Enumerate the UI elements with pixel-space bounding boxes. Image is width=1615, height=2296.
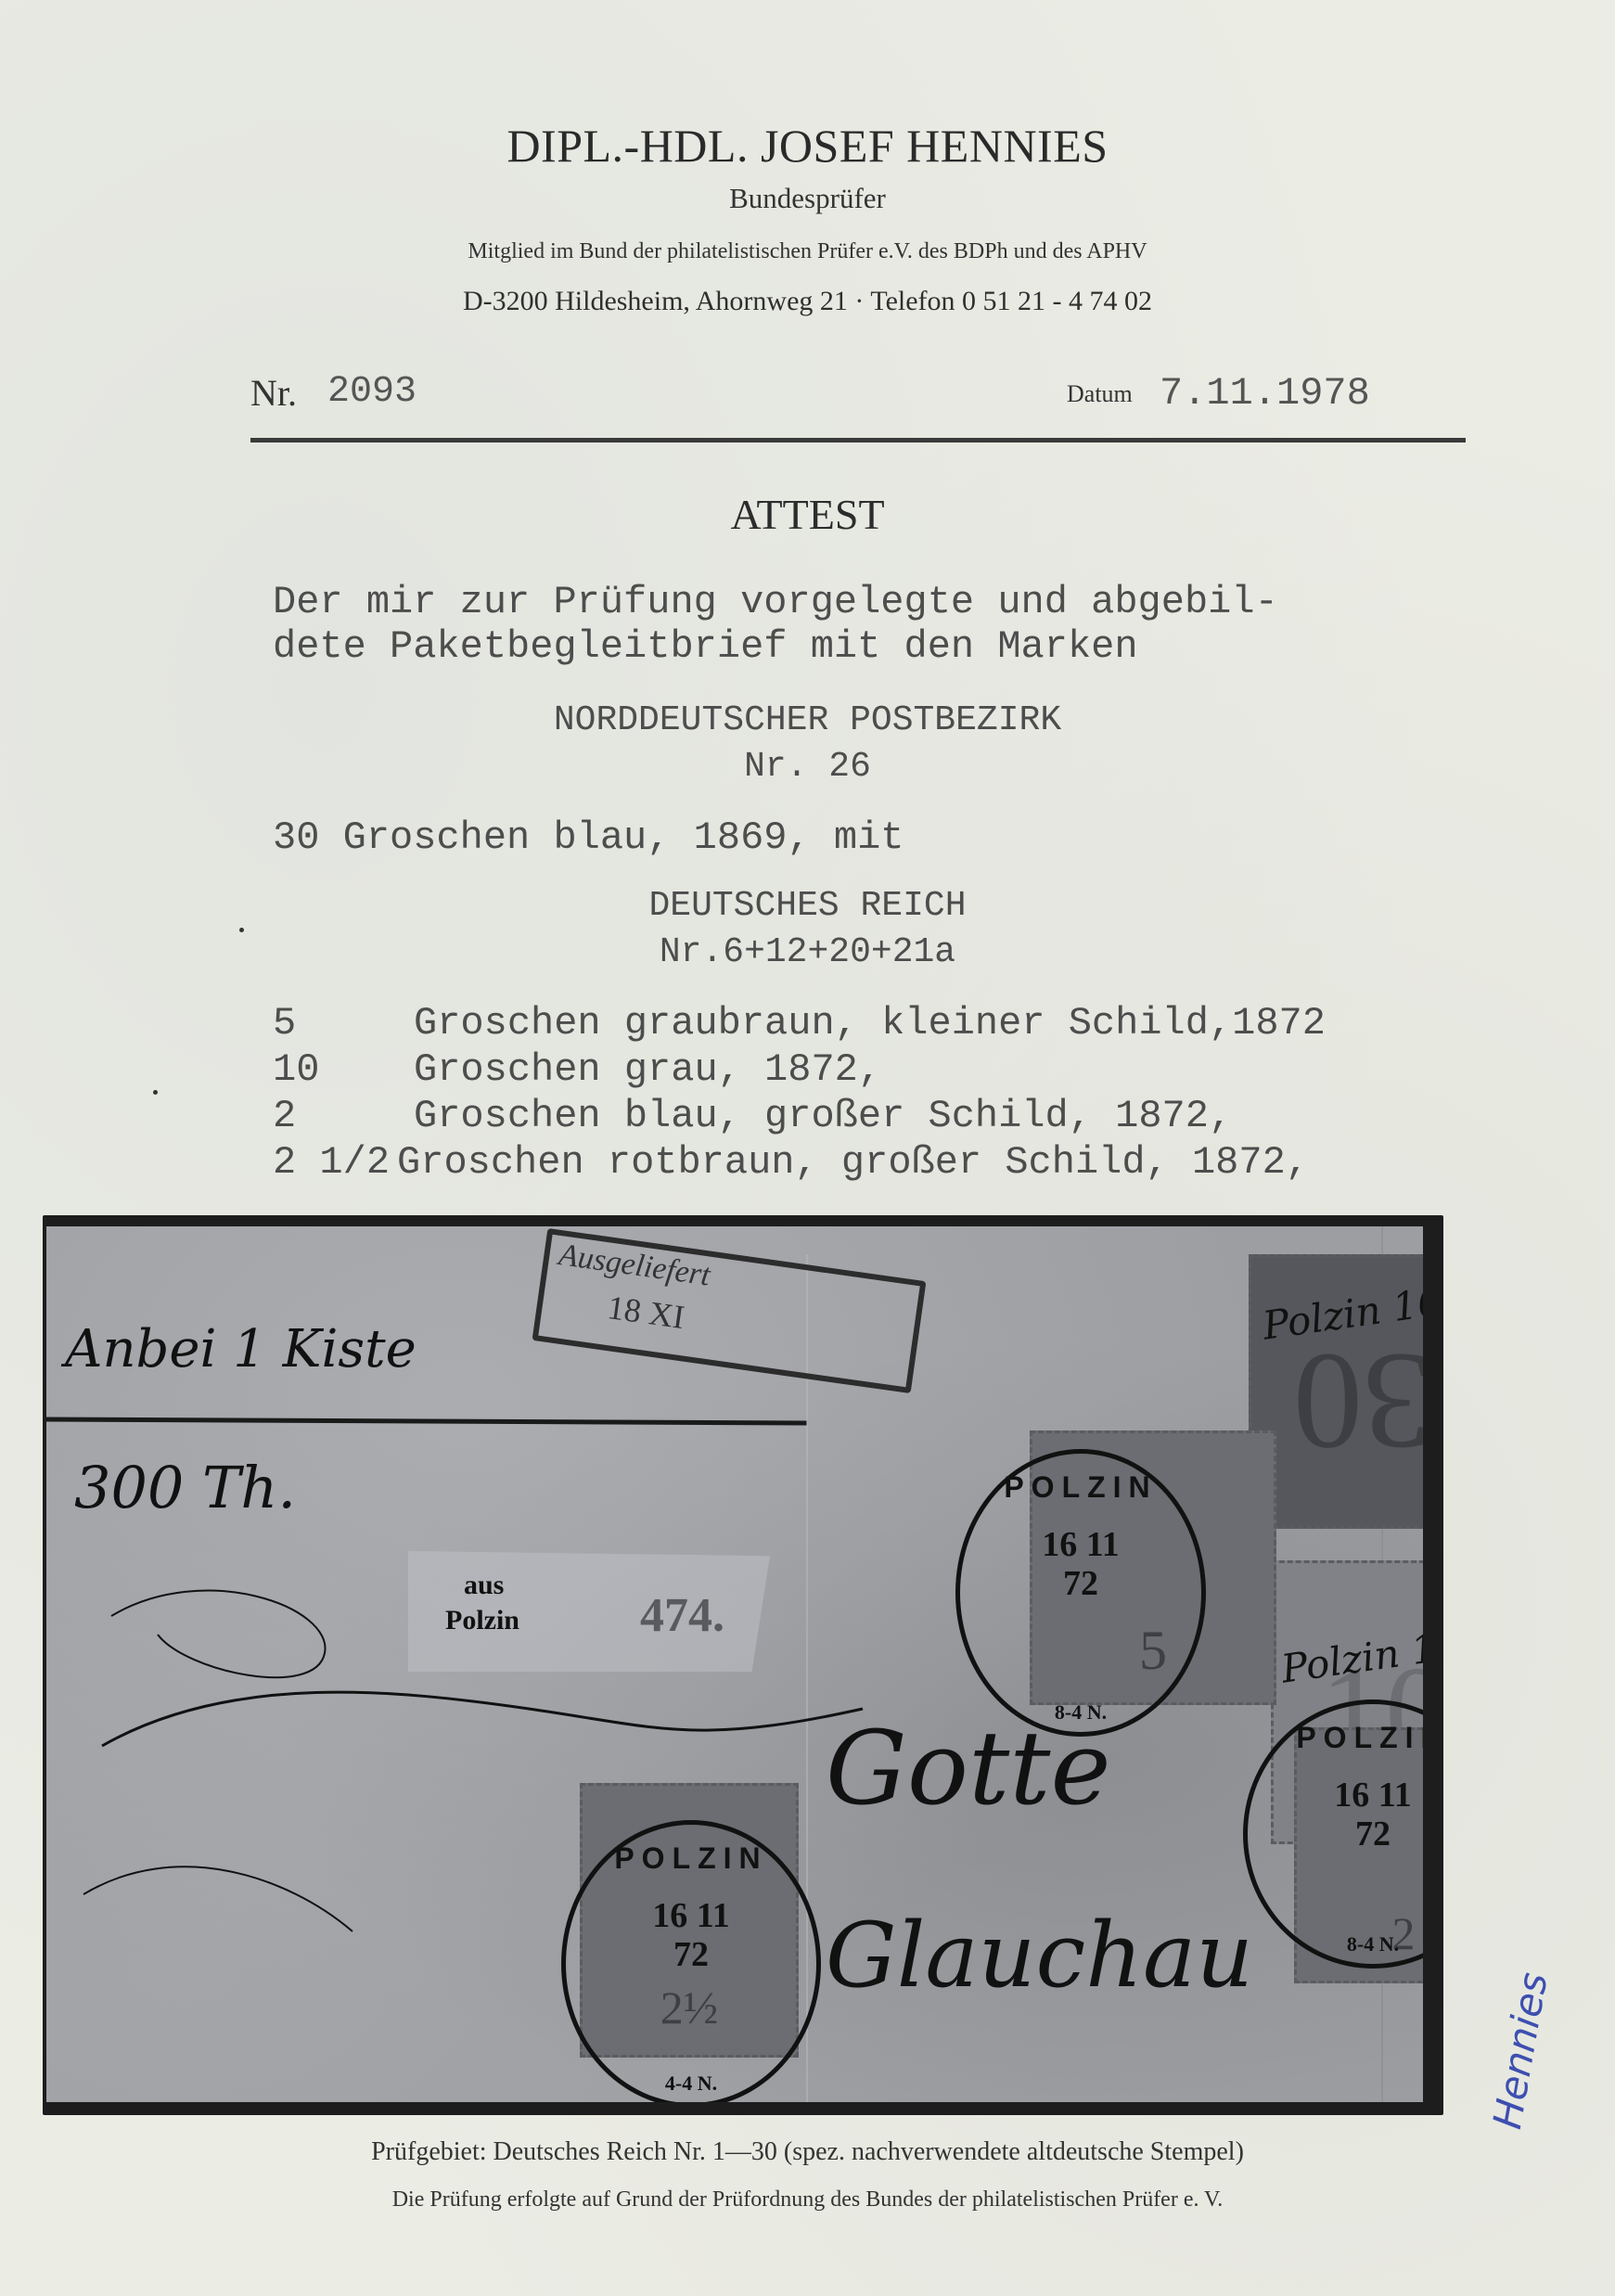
- stamp-line: 2Groschen blau, großer Schild, 1872,: [273, 1097, 1232, 1135]
- issue2-area: DEUTSCHES REICH: [0, 889, 1615, 924]
- certificate-number: 2093: [327, 371, 417, 413]
- membership-line: Mitglied im Bund der philatelistischen P…: [0, 239, 1615, 264]
- cancel-town: POLZIN: [1248, 1721, 1423, 1755]
- paper-speck: [153, 1090, 158, 1095]
- cover-photograph: Anbei 1 Kiste 300 Th. Ausgeliefert 18 XI…: [43, 1215, 1443, 2115]
- intro-line-2: dete Paketbegleitbrief mit den Marken: [273, 627, 1138, 666]
- cover-paper: Anbei 1 Kiste 300 Th. Ausgeliefert 18 XI…: [46, 1226, 1423, 2102]
- stamp-description: Groschen rotbraun, großer Schild, 1872,: [397, 1140, 1309, 1185]
- examination-regulation: Die Prüfung erfolgte auf Grund der Prüfo…: [0, 2187, 1615, 2213]
- stamp-denomination: 2: [273, 1097, 414, 1135]
- certificate-date: 7.11.1978: [1160, 371, 1370, 416]
- cancel-date: 16 11: [566, 1897, 816, 1936]
- manuscript-value: 300 Th.: [74, 1454, 296, 1521]
- issue2-numbers: Nr.6+12+20+21a: [0, 935, 1615, 970]
- cancel-date: 16 11: [1248, 1777, 1423, 1815]
- stamp-description: Groschen grau, 1872,: [414, 1047, 881, 1092]
- manuscript-recipient: Gotte: [826, 1709, 1111, 1828]
- examiner-name: DIPL.-HDL. JOSEF HENNIES: [0, 119, 1615, 173]
- certificate-heading: ATTEST: [0, 490, 1615, 539]
- parcel-label-town: Polzin: [445, 1605, 519, 1636]
- polzin-cancel: POLZIN 16 11 72 8-4 N.: [955, 1449, 1206, 1737]
- stamp-line: 10Groschen grau, 1872,: [273, 1050, 881, 1089]
- paper-speck: [239, 928, 244, 932]
- parcel-label-number: 474.: [640, 1588, 724, 1643]
- polzin-cancel: POLZIN 16 11 72 4-4 N.: [561, 1820, 821, 2102]
- cancel-time: 8-4 N.: [1248, 1932, 1423, 1956]
- certificate-number-label: Nr.: [250, 371, 297, 415]
- delivered-cancel-date: 18 XI: [605, 1288, 686, 1337]
- cancel-year: 72: [566, 1936, 816, 1975]
- stamp-line: 2 1/2Groschen rotbraun, großer Schild, 1…: [273, 1143, 1309, 1182]
- header-divider: [250, 438, 1466, 443]
- stamp-denomination: 2 1/2: [273, 1143, 390, 1182]
- examination-scope: Prüfgebiet: Deutsches Reich Nr. 1—30 (sp…: [0, 2137, 1615, 2167]
- cancel-town: POLZIN: [960, 1470, 1201, 1505]
- issue1-number: Nr. 26: [0, 750, 1615, 785]
- date-label: Datum: [1067, 380, 1133, 408]
- stamp-denomination: 10: [273, 1050, 414, 1089]
- address-line: D-3200 Hildesheim, Ahornweg 21 · Telefon…: [0, 286, 1615, 317]
- manuscript-contents: Anbei 1 Kiste: [65, 1319, 417, 1379]
- cancel-year: 72: [960, 1565, 1201, 1604]
- stamp-description: Groschen blau, großer Schild, 1872,: [414, 1094, 1232, 1138]
- cancel-town: POLZIN: [566, 1841, 816, 1876]
- intro-line-1: Der mir zur Prüfung vorgelegte und abgeb…: [273, 583, 1278, 622]
- issue1-description: 30 Groschen blau, 1869, mit: [273, 818, 904, 857]
- parcel-label: aus Polzin 474.: [408, 1551, 770, 1672]
- examiner-signature: Hennies: [1484, 1969, 1557, 2133]
- parcel-label-from: aus: [464, 1570, 504, 1601]
- stamp-line: 5Groschen graubraun, kleiner Schild,1872: [273, 1004, 1326, 1043]
- stamp-denomination: 5: [273, 1004, 414, 1043]
- manuscript-city: Glauchau: [826, 1904, 1253, 2007]
- examiner-title: Bundesprüfer: [0, 182, 1615, 215]
- issue1-area: NORDDEUTSCHER POSTBEZIRK: [0, 703, 1615, 738]
- cancel-date: 16 11: [960, 1526, 1201, 1565]
- stamp-description: Groschen graubraun, kleiner Schild,1872: [414, 1001, 1326, 1045]
- cancel-year: 72: [1248, 1815, 1423, 1854]
- cancel-time: 4-4 N.: [566, 2072, 816, 2096]
